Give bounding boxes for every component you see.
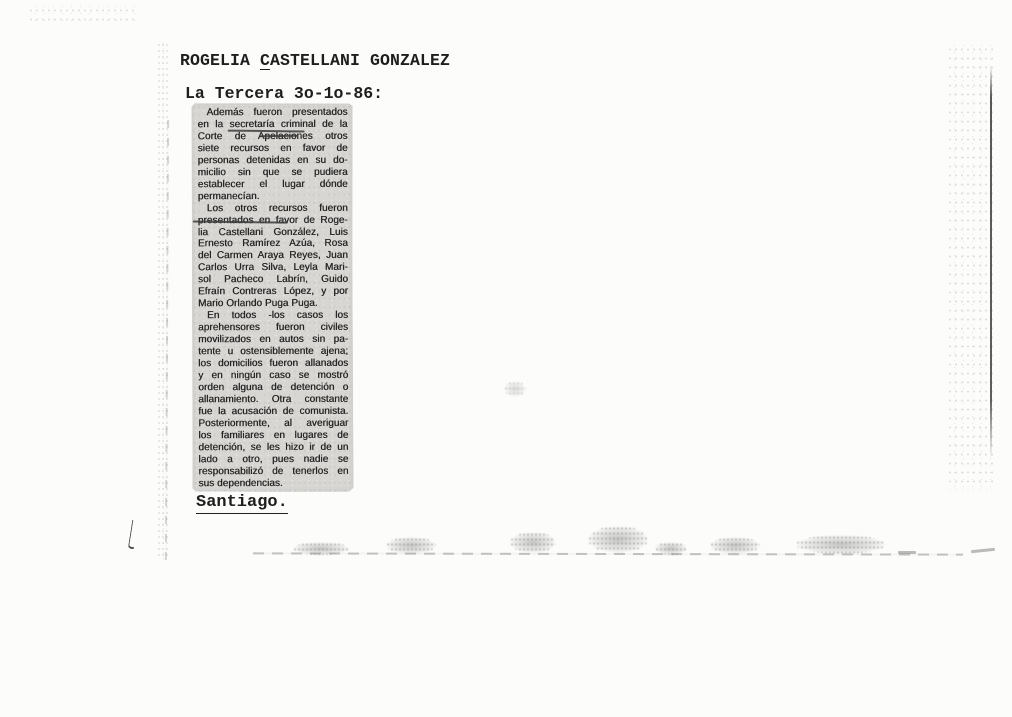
scan-smudge-blob [710,537,760,554]
closing-line: Santiago. [196,493,288,514]
clipping-line: sol Pacheco Labrín, Guido [198,274,348,286]
clipping-line: establecer el lugar dónde [198,179,348,191]
pen-mark-apelaciones [260,134,298,136]
clipping-line: siete recursos en favor de [198,143,348,155]
clipping-line: sus dependencias. [198,477,348,489]
clipping-line: allanamiento. Otra constante [198,394,348,406]
scan-smudge-spot [504,381,526,397]
scan-smudge-blob [588,526,648,553]
scan-smudge-dash [971,548,995,553]
clipping-paragraph: En todos -los casos los aprehensores fue… [198,310,348,490]
page-title: ROGELIA CASTELLANI GONZALEZ [180,51,450,70]
scan-smudge-dash [898,551,916,554]
clipping-line: Efraín Contreras López, y por [198,286,348,298]
clipping-line: micilio sin que se pudiera [198,167,348,179]
clipping-line: responsabilizó de tenerlos en [198,465,348,477]
clipping-line: lia Castellani González, Luis [198,226,348,238]
clipping-line: permanecían. [198,190,348,202]
clipping-line: Los otros recursos fueron [198,202,348,214]
scan-smudge-blob [655,542,687,555]
clipping-line: tente u ostensiblemente ajena; [198,346,348,358]
scan-smudge-blob [386,537,436,554]
clipping-line: fue la acusación de comunista. [198,406,348,418]
clipping-line: En todos -los casos los [198,310,348,322]
clipping-paragraph: Los otros recursos fueron presentados en… [198,202,348,310]
clipping-line: detención, se les hizo ir de un [198,441,348,453]
clipping-line: los familiares en lugares de [198,430,348,442]
scan-smudge-blob [796,535,886,554]
scan-smudge-blob [293,542,349,555]
clipping-line: Ernesto Ramírez Azúa, Rosa [198,238,348,250]
scan-pen-bracket-mark [128,520,139,549]
title-text-rest: ASTELLANI GONZALEZ [270,51,450,70]
scan-speckle-right-edge [947,45,995,490]
scan-noise-topleft [28,6,136,24]
clipping-paragraph: Además fueron presentados en la secretar… [198,107,348,203]
scan-smudge-blob [510,532,556,553]
clipping-line: Mario Orlando Puga Puga. [198,298,348,310]
newspaper-clipping: Además fueron presentados en la secretar… [191,103,353,492]
clipping-line: Además fueron presentados [198,107,348,119]
clipping-line: lado a otro, pues nadie se [198,453,348,465]
clipping-line: aprehensores fueron civiles [198,322,348,334]
clipping-line: Posteriormente, al averiguar [198,418,348,430]
source-line: La Tercera 3o-1o-86: [185,84,383,103]
clipping-line: Carlos Urra Silva, Leyla Mari- [198,262,348,274]
clipping-line: Corte de Apelaciones otros [198,131,348,143]
scanned-page: ROGELIA CASTELLANI GONZALEZ La Tercera 3… [0,0,1012,717]
clipping-line: orden alguna de detención o [198,382,348,394]
clipping-line: los domicilios fueron allanados [198,358,348,370]
scan-page-edge-line [990,66,992,458]
title-underlined-letter: C [260,52,270,70]
clipping-line: del Carmen Araya Reyes, Juan [198,250,348,262]
clipping-line: personas detenidas en su do- [198,155,348,167]
title-text-pre: ROGELIA [180,51,260,70]
clipping-line: y en ningún caso se mostró [198,370,348,382]
clipping-line: movilizados en autos sin pa- [198,334,348,346]
